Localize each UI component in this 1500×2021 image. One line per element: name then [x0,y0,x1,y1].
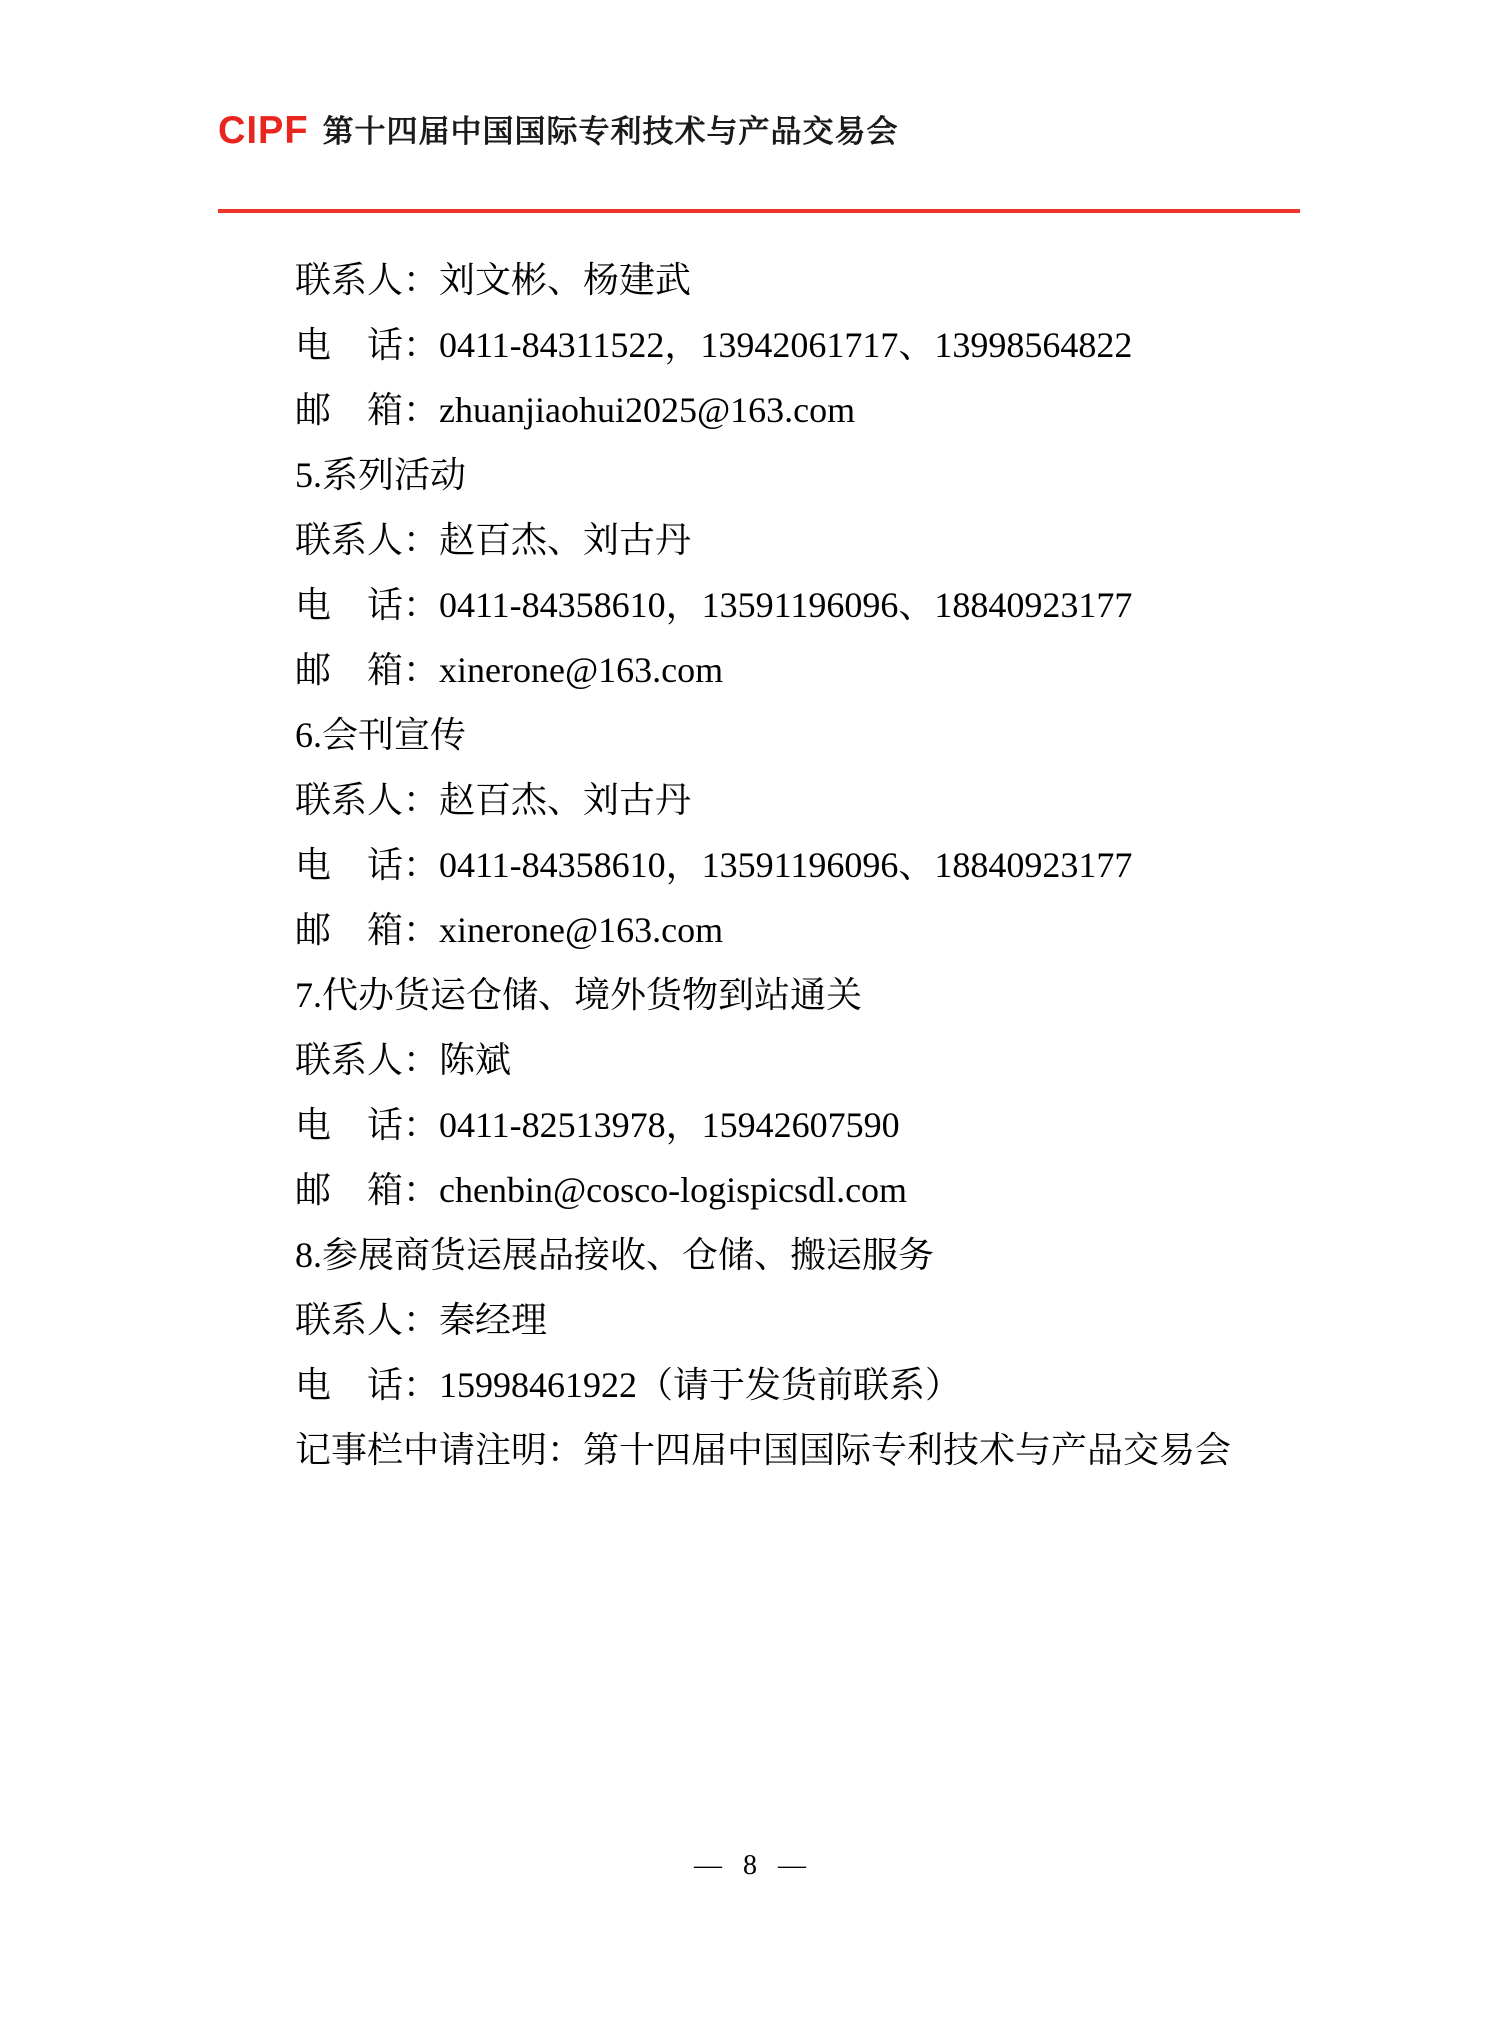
line-section: 6.会刊宣传 [295,703,1295,768]
line-note: 记事栏中请注明：第十四届中国国际专利技术与产品交易会 [295,1418,1295,1483]
document-body: 联系人：刘文彬、杨建武电 话：0411-84311522，13942061717… [295,248,1295,1483]
line-phone: 电 话：0411-82513978，15942607590 [295,1093,1295,1158]
line-email: 邮 箱：xinerone@163.com [295,638,1295,703]
page-header: CIPF 第十四届中国国际专利技术与产品交易会 [218,112,899,150]
line-contact: 联系人：赵百杰、刘古丹 [295,768,1295,833]
line-email: 邮 箱：chenbin@cosco-logispicsdl.com [295,1158,1295,1223]
line-contact: 联系人：陈斌 [295,1028,1295,1093]
header-divider-line [218,209,1300,213]
header-title: 第十四届中国国际专利技术与产品交易会 [323,116,899,147]
line-contact: 联系人：赵百杰、刘古丹 [295,508,1295,573]
document-page: CIPF 第十四届中国国际专利技术与产品交易会 联系人：刘文彬、杨建武电 话：0… [0,0,1500,2021]
line-contact: 联系人：秦经理 [295,1288,1295,1353]
line-section: 7.代办货运仓储、境外货物到站通关 [295,963,1295,1028]
page-number: — 8 — [694,1850,806,1881]
line-phone: 电 话：0411-84311522，13942061717、1399856482… [295,313,1295,378]
line-phone: 电 话：0411-84358610，13591196096、1884092317… [295,833,1295,898]
line-email: 邮 箱：zhuanjiaohui2025@163.com [295,378,1295,443]
cipf-logo: CIPF [218,112,309,151]
line-phone: 电 话：0411-84358610，13591196096、1884092317… [295,573,1295,638]
line-phone: 电 话：15998461922（请于发货前联系） [295,1353,1295,1418]
page-footer: — 8 — [0,1848,1500,1884]
line-section: 5.系列活动 [295,443,1295,508]
line-email: 邮 箱：xinerone@163.com [295,898,1295,963]
line-section: 8.参展商货运展品接收、仓储、搬运服务 [295,1223,1295,1288]
line-contact: 联系人：刘文彬、杨建武 [295,248,1295,313]
